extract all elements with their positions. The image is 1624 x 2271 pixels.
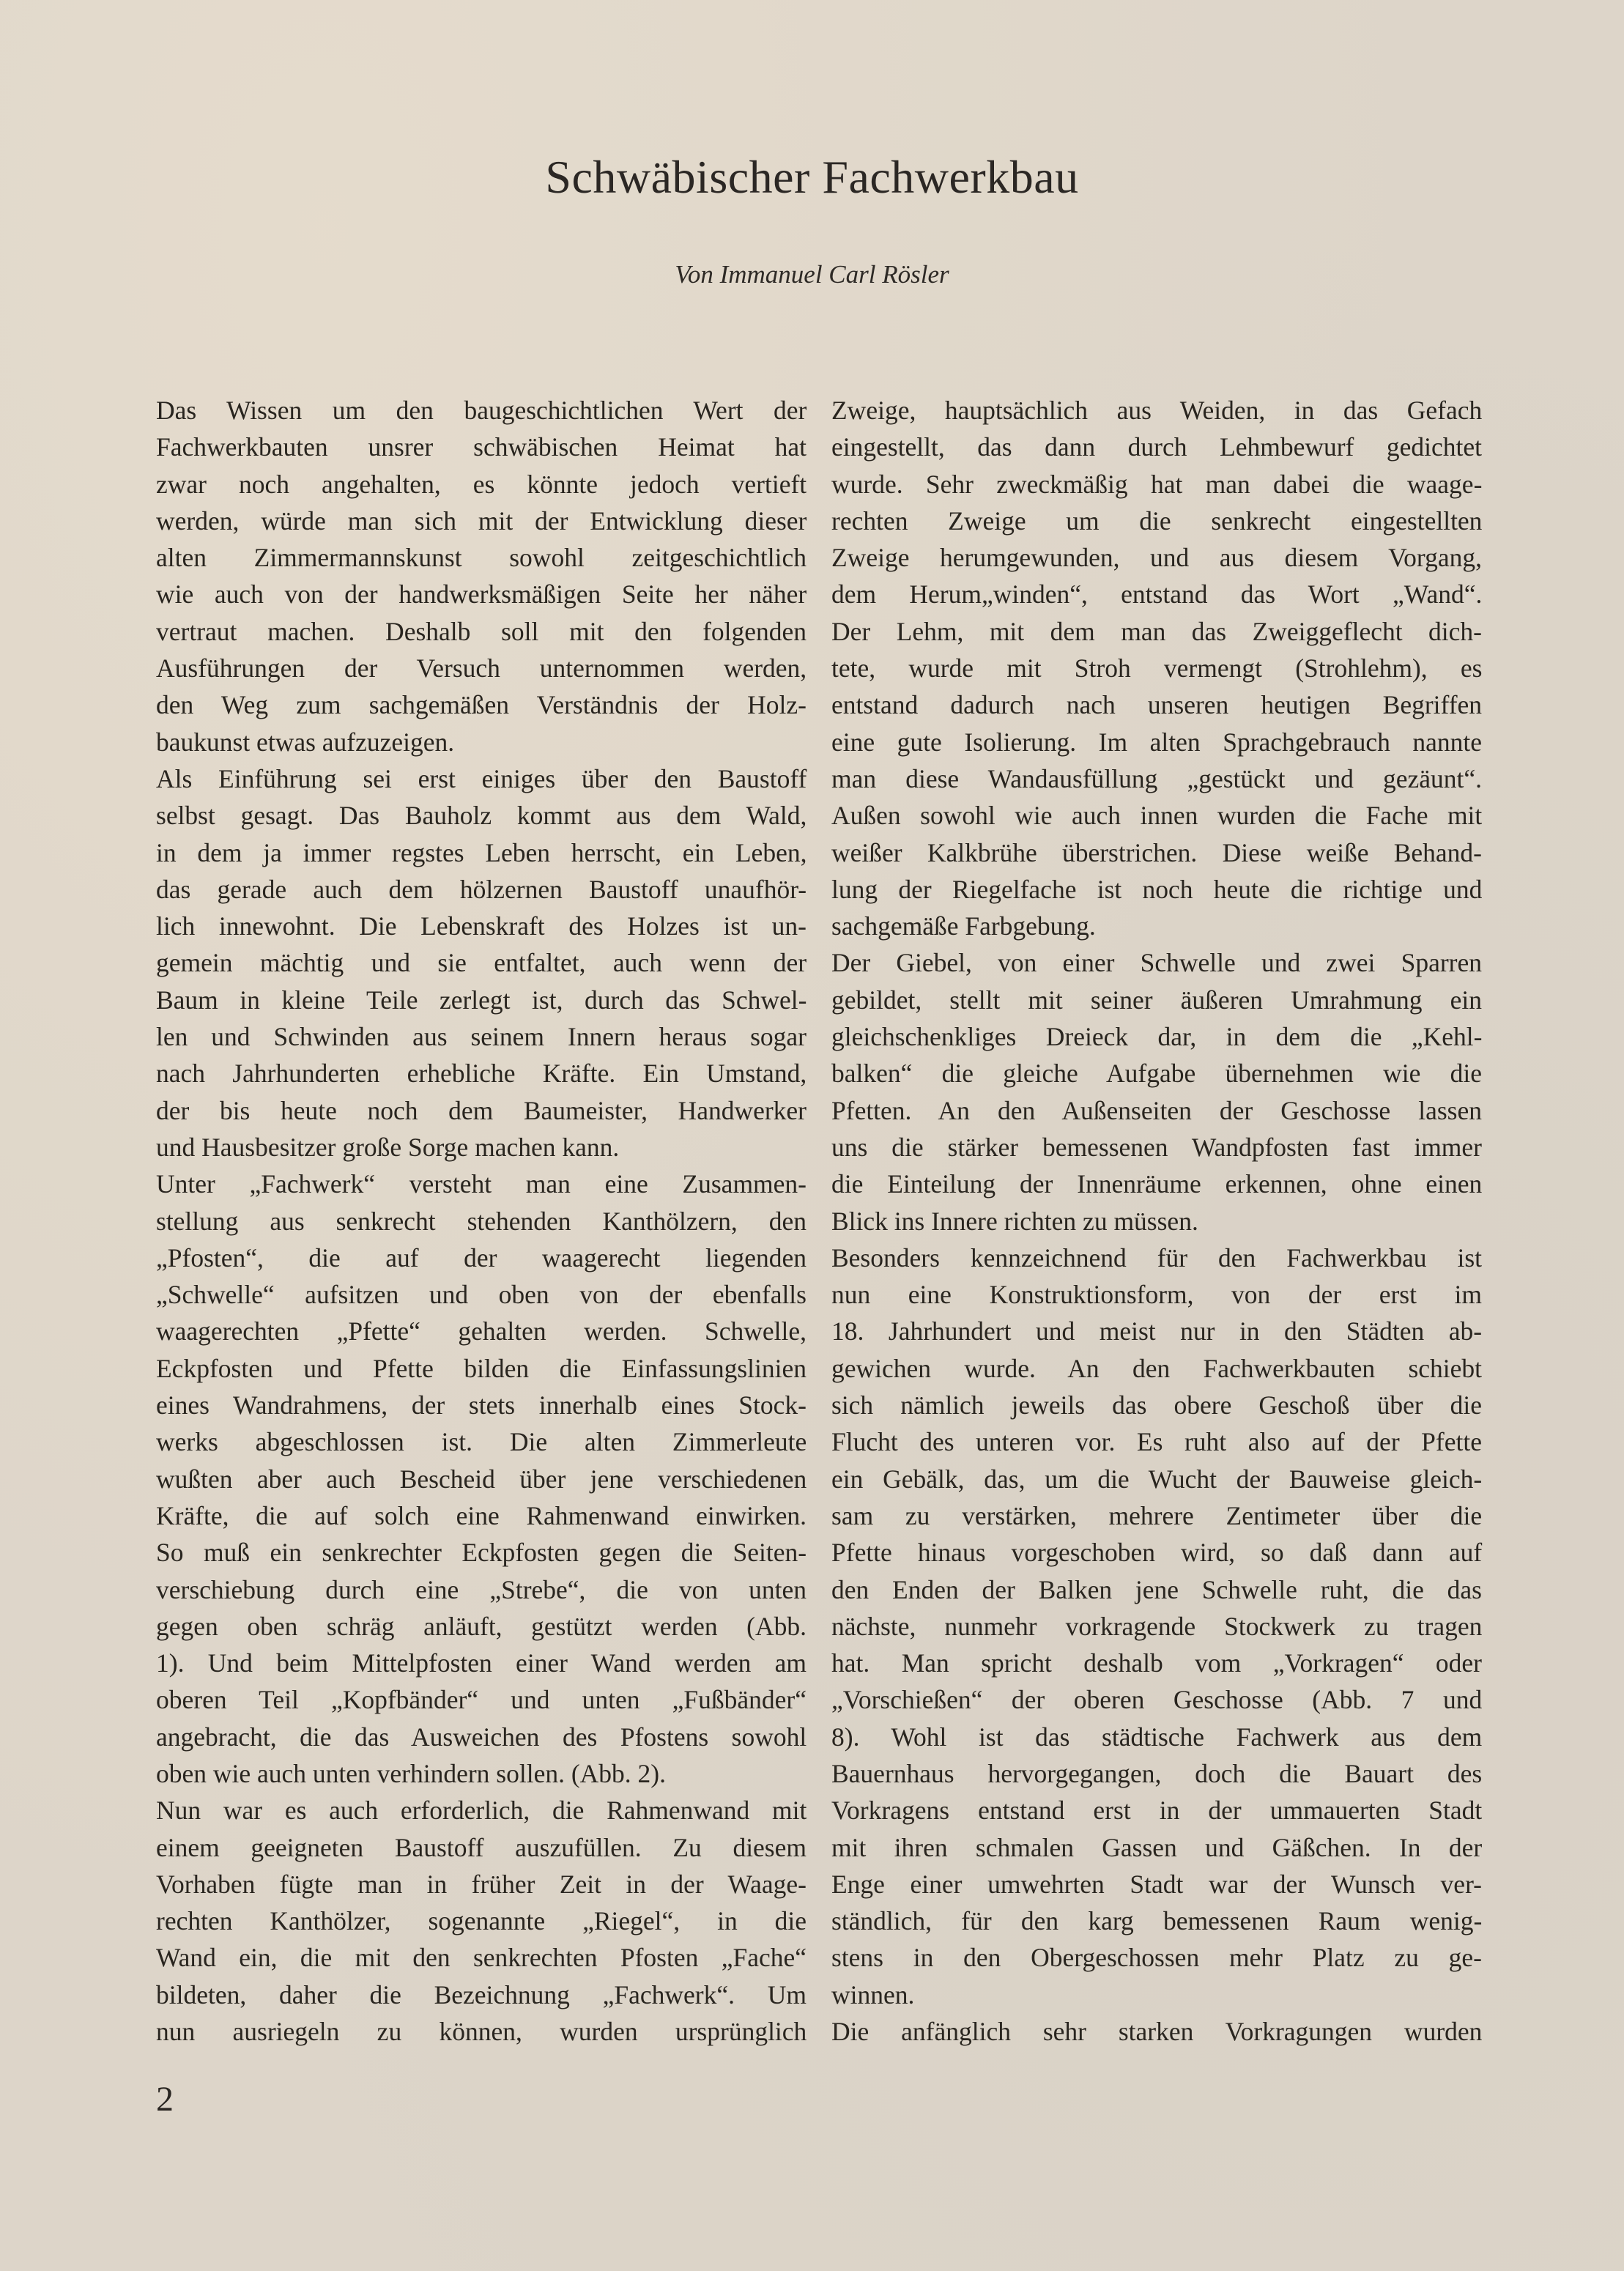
text-line: Vorhaben fügte man in früher Zeit in der… [156, 1866, 807, 1903]
text-line: 1). Und beim Mittelpfosten einer Wand we… [156, 1645, 807, 1681]
text-line: winnen. [831, 1977, 1482, 2013]
text-line: zwar noch angehalten, es könnte jedoch v… [156, 466, 807, 503]
text-line: rechten Zweige um die senkrecht eingeste… [831, 503, 1482, 539]
text-line: oben wie auch unten verhindern sollen. (… [156, 1755, 807, 1792]
text-line: Fachwerkbauten unsrer schwäbischen Heima… [156, 429, 807, 465]
text-line: wie auch von der handwerksmäßigen Seite … [156, 576, 807, 612]
text-line: rechten Kanthölzer, sogenannte „Riegel“,… [156, 1903, 807, 1939]
text-line: bildeten, daher die Bezeichnung „Fachwer… [156, 1977, 807, 2013]
text-line: Außen sowohl wie auch innen wurden die F… [831, 797, 1482, 834]
text-line: nach Jahrhunderten erhebliche Kräfte. Ei… [156, 1055, 807, 1092]
text-line: nun ausriegeln zu können, wurden ursprün… [156, 2013, 807, 2050]
text-line: lung der Riegelfache ist noch heute die … [831, 871, 1482, 908]
text-line: nun eine Konstruktionsform, von der erst… [831, 1276, 1482, 1313]
text-line: sich nämlich jeweils das obere Geschoß ü… [831, 1387, 1482, 1423]
text-line: Vorkragens entstand erst in der ummauert… [831, 1792, 1482, 1829]
text-line: ständlich, für den karg bemessenen Raum … [831, 1903, 1482, 1939]
text-line: gleichschenkliges Dreieck dar, in dem di… [831, 1018, 1482, 1055]
text-line: Baum in kleine Teile zerlegt ist, durch … [156, 982, 807, 1018]
text-line: die Einteilung der Innenräume erkennen, … [831, 1166, 1482, 1202]
text-line: uns die stärker bemessenen Wandpfosten f… [831, 1129, 1482, 1166]
text-line: baukunst etwas aufzuzeigen. [156, 724, 807, 760]
text-line: weißer Kalkbrühe überstrichen. Diese wei… [831, 834, 1482, 871]
text-line: wußten aber auch Bescheid über jene vers… [156, 1461, 807, 1497]
text-line: Kräfte, die auf solch eine Rahmenwand ei… [156, 1497, 807, 1534]
text-line: Die anfänglich sehr starken Vorkragungen… [831, 2013, 1482, 2050]
text-line: Bauernhaus hervorgegangen, doch die Baua… [831, 1755, 1482, 1792]
text-line: eingestellt, das dann durch Lehmbewurf g… [831, 429, 1482, 465]
text-line: werden, würde man sich mit der Entwicklu… [156, 503, 807, 539]
text-line: das gerade auch dem hölzernen Baustoff u… [156, 871, 807, 908]
page-number: 2 [156, 2079, 174, 2119]
text-line: eine gute Isolierung. Im alten Sprachgeb… [831, 724, 1482, 760]
text-line: Ausführungen der Versuch unternommen wer… [156, 650, 807, 686]
text-line: Flucht des unteren vor. Es ruht also auf… [831, 1423, 1482, 1460]
text-line: Der Lehm, mit dem man das Zweiggeflecht … [831, 613, 1482, 650]
text-line: hat. Man spricht deshalb vom „Vorkragen“… [831, 1645, 1482, 1681]
text-line: in dem ja immer regstes Leben herrscht, … [156, 834, 807, 871]
text-line: oberen Teil „Kopfbänder“ und unten „Fußb… [156, 1681, 807, 1718]
text-line: den Weg zum sachgemäßen Verständnis der … [156, 686, 807, 723]
text-line: sachgemäße Farbgebung. [831, 908, 1482, 944]
text-line: len und Schwinden aus seinem Innern hera… [156, 1018, 807, 1055]
text-line: „Pfosten“, die auf der waagerecht liegen… [156, 1240, 807, 1276]
text-line: stens in den Obergeschossen mehr Platz z… [831, 1939, 1482, 1976]
text-line: Enge einer umwehrten Stadt war der Wunsc… [831, 1866, 1482, 1903]
text-line: man diese Wandausfüllung „gestückt und g… [831, 760, 1482, 797]
text-line: wurde. Sehr zweckmäßig hat man dabei die… [831, 466, 1482, 503]
text-line: alten Zimmermannskunst sowohl zeitgeschi… [156, 539, 807, 576]
text-line: „Schwelle“ aufsitzen und oben von der eb… [156, 1276, 807, 1313]
text-line: gebildet, stellt mit seiner äußeren Umra… [831, 982, 1482, 1018]
text-line: Pfetten. An den Außenseiten der Geschoss… [831, 1092, 1482, 1129]
text-line: ein Gebälk, das, um die Wucht der Bauwei… [831, 1461, 1482, 1497]
text-line: mit ihren schmalen Gassen und Gäßchen. I… [831, 1829, 1482, 1866]
article-byline: Von Immanuel Carl Rösler [0, 260, 1624, 289]
text-line: 18. Jahrhundert und meist nur in den Stä… [831, 1313, 1482, 1349]
text-line: Eckpfosten und Pfette bilden die Einfass… [156, 1350, 807, 1387]
text-line: gewichen wurde. An den Fachwerkbauten sc… [831, 1350, 1482, 1387]
text-line: sam zu verstärken, mehrere Zentimeter üb… [831, 1497, 1482, 1534]
text-line: Als Einführung sei erst einiges über den… [156, 760, 807, 797]
document-page: Schwäbischer Fachwerkbau Von Immanuel Ca… [0, 0, 1624, 2271]
text-line: balken“ die gleiche Aufgabe übernehmen w… [831, 1055, 1482, 1092]
text-line: und Hausbesitzer große Sorge machen kann… [156, 1129, 807, 1166]
text-line: dem Herum„winden“, entstand das Wort „Wa… [831, 576, 1482, 612]
text-line: Blick ins Innere richten zu müssen. [831, 1203, 1482, 1240]
text-line: gegen oben schräg anläuft, gestützt werd… [156, 1608, 807, 1645]
text-line: entstand dadurch nach unseren heutigen B… [831, 686, 1482, 723]
text-line: Das Wissen um den baugeschichtlichen Wer… [156, 392, 807, 429]
text-line: vertraut machen. Deshalb soll mit den fo… [156, 613, 807, 650]
text-line: eines Wandrahmens, der stets innerhalb e… [156, 1387, 807, 1423]
text-line: angebracht, die das Ausweichen des Pfost… [156, 1719, 807, 1755]
text-line: waagerechten „Pfette“ gehalten werden. S… [156, 1313, 807, 1349]
text-line: verschiebung durch eine „Strebe“, die vo… [156, 1571, 807, 1608]
text-line: einem geeigneten Baustoff auszufüllen. Z… [156, 1829, 807, 1866]
text-line: stellung aus senkrecht stehenden Kanthöl… [156, 1203, 807, 1240]
text-line: Wand ein, die mit den senkrechten Pfoste… [156, 1939, 807, 1976]
text-line: der bis heute noch dem Baumeister, Handw… [156, 1092, 807, 1129]
text-line: lich innewohnt. Die Lebenskraft des Holz… [156, 908, 807, 944]
text-line: Pfette hinaus vorgeschoben wird, so daß … [831, 1534, 1482, 1571]
text-line: gemein mächtig und sie entfaltet, auch w… [156, 944, 807, 981]
text-line: den Enden der Balken jene Schwelle ruht,… [831, 1571, 1482, 1608]
text-line: „Vorschießen“ der oberen Geschosse (Abb.… [831, 1681, 1482, 1718]
text-column-right: Zweige, hauptsächlich aus Weiden, in das… [831, 392, 1482, 2050]
text-column-left: Das Wissen um den baugeschichtlichen Wer… [156, 392, 807, 2050]
text-line: 8). Wohl ist das städtische Fachwerk aus… [831, 1719, 1482, 1755]
text-line: Nun war es auch erforderlich, die Rahmen… [156, 1792, 807, 1829]
text-line: Besonders kennzeichnend für den Fachwerk… [831, 1240, 1482, 1276]
text-line: Zweige, hauptsächlich aus Weiden, in das… [831, 392, 1482, 429]
text-line: Zweige herumgewunden, und aus diesem Vor… [831, 539, 1482, 576]
text-line: So muß ein senkrechter Eckpfosten gegen … [156, 1534, 807, 1571]
text-line: werks abgeschlossen ist. Die alten Zimme… [156, 1423, 807, 1460]
text-line: Der Giebel, von einer Schwelle und zwei … [831, 944, 1482, 981]
text-line: nächste, nunmehr vorkragende Stockwerk z… [831, 1608, 1482, 1645]
article-title: Schwäbischer Fachwerkbau [0, 150, 1624, 204]
text-line: selbst gesagt. Das Bauholz kommt aus dem… [156, 797, 807, 834]
text-line: Unter „Fachwerk“ versteht man eine Zusam… [156, 1166, 807, 1202]
text-line: tete, wurde mit Stroh vermengt (Strohleh… [831, 650, 1482, 686]
